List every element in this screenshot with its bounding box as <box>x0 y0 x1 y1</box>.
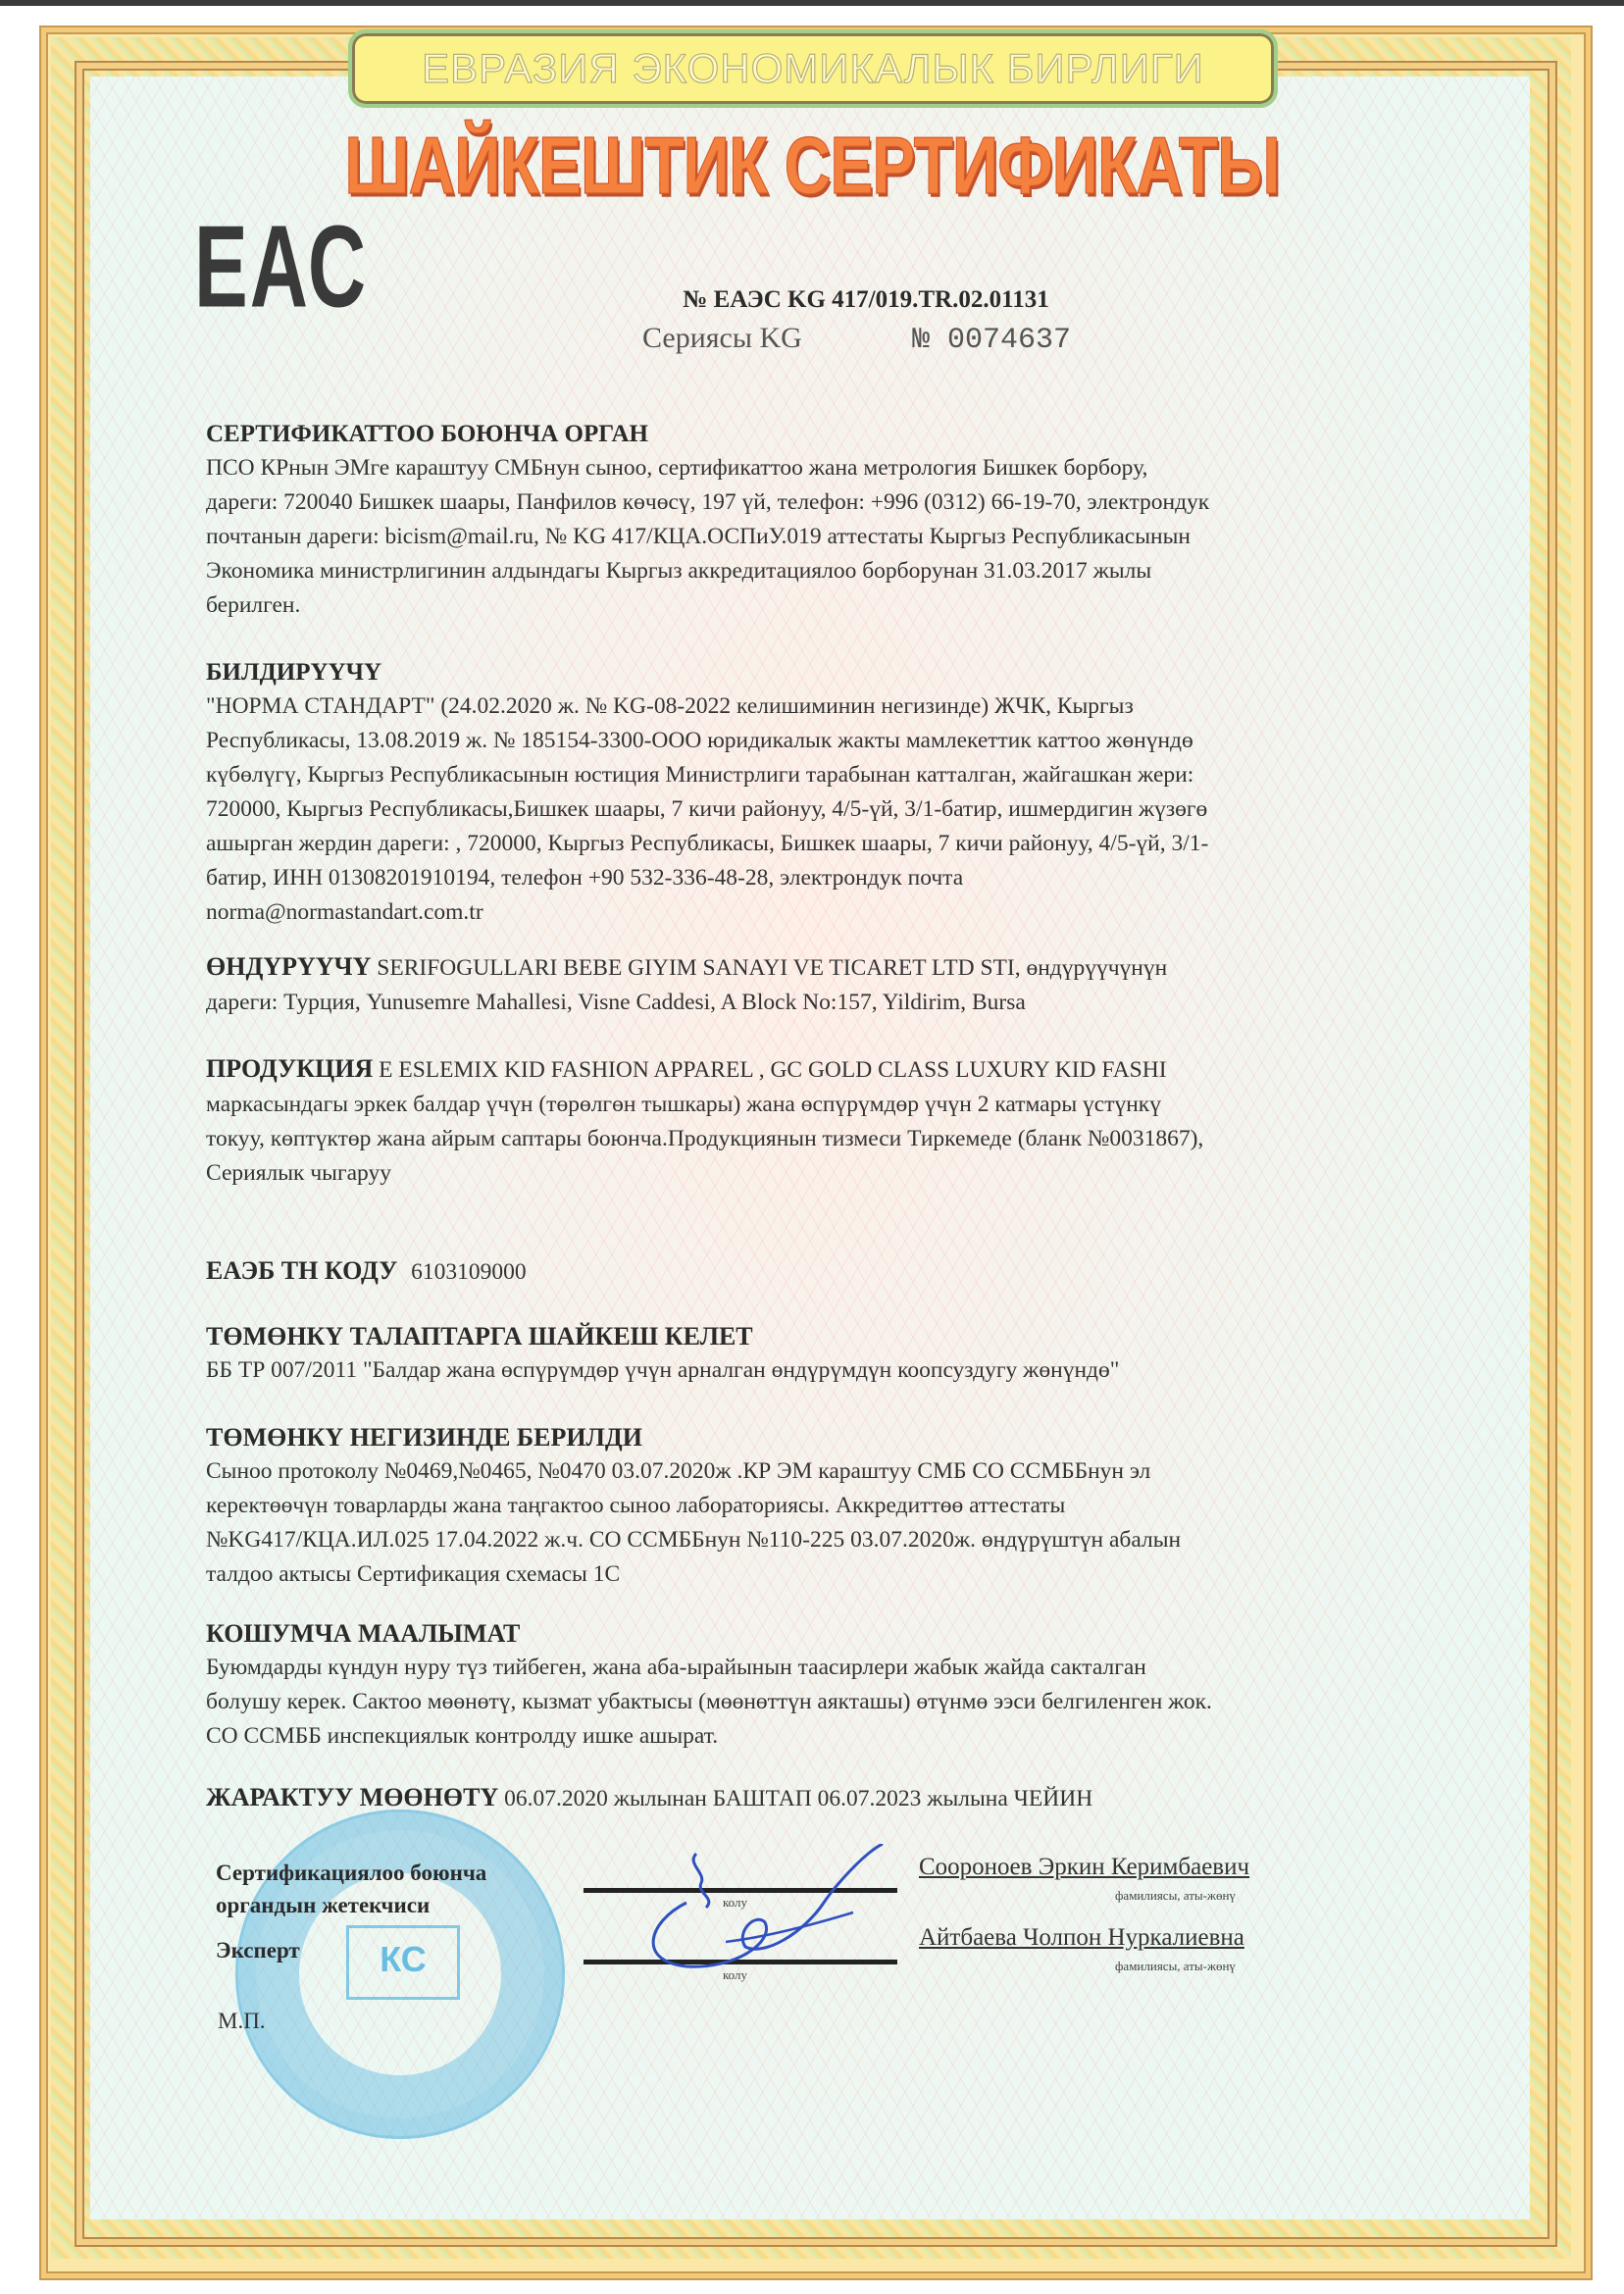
text-line: маркасындагы эркек балдар үчүн (төрөлгөн… <box>206 1088 1481 1122</box>
serial-number: № 0074637 <box>912 324 1071 357</box>
series-label: Сериясы KG <box>642 322 802 355</box>
section-heading: СЕРТИФИКАТТОО БОЮНЧА ОРГАН <box>206 417 1481 451</box>
section-certification-body: СЕРТИФИКАТТОО БОЮНЧА ОРГАН ПСО КРнын ЭМг… <box>206 417 1481 623</box>
eac-logo-icon: ЕАС <box>194 201 368 334</box>
section-heading: ПРОДУКЦИЯ <box>206 1054 373 1083</box>
text-line: SERIFOGULLARI BEBE GIYIM SANAYI VE TICAR… <box>371 955 1167 981</box>
head-label-line: Сертификациялоо боюнча <box>216 1857 486 1889</box>
handwritten-signature-icon <box>628 1844 902 1981</box>
name-caption: фамилиясы, аты-жөнү <box>1115 1959 1236 1974</box>
section-heading: ӨНДҮРҮҮЧҮ <box>206 952 371 981</box>
section-additional-info: КОШУМЧА МААЛЫМАТ Буюмдарды күндун нуру т… <box>206 1616 1481 1754</box>
expert-label: Эксперт <box>216 1934 300 1966</box>
text-line: токуу, көптүктөр жана айрым саптары боюн… <box>206 1122 1481 1156</box>
scan-edge <box>0 0 1624 6</box>
section-applicant: БИЛДИРҮҮЧҮ "НОРМА СТАНДАРТ" (24.02.2020 … <box>206 655 1481 930</box>
text-line: ПСО КРнын ЭМге караштуу СМБнун сыноо, се… <box>206 451 1481 485</box>
text-line: 720000, Кыргыз Республикасы,Бишкек шаары… <box>206 792 1481 827</box>
banner-text: ЕВРАЗИЯ ЭКОНОМИКАЛЫК БИРЛИГИ <box>422 45 1204 92</box>
text-line: №KG417/КЦА.ИЛ.025 17.04.2022 ж.ч. СО ССМ… <box>206 1523 1481 1557</box>
stamp-place-label: М.П. <box>218 2009 266 2034</box>
text-line: дареги: 720040 Бишкек шаары, Панфилов кө… <box>206 485 1481 520</box>
validity-period: 06.07.2020 жылынан БАШТАП 06.07.2023 жыл… <box>498 1786 1092 1811</box>
text-line: керектөөчүн товарларды жана таңгактоо сы… <box>206 1489 1481 1523</box>
text-line: берилген. <box>206 588 1481 623</box>
text-line: "НОРМА СТАНДАРТ" (24.02.2020 ж. № KG-08-… <box>206 689 1481 724</box>
section-heading: КОШУМЧА МААЛЫМАТ <box>206 1616 1481 1651</box>
section-manufacturer: ӨНДҮРҮҮЧҮ SERIFOGULLARI BEBE GIYIM SANAY… <box>206 949 1481 1020</box>
text-line: ашырган жердин дареги: , 720000, Кыргыз … <box>206 827 1481 861</box>
certificate-title: ШАЙКЕШТИК СЕРТИФИКАТЫ <box>0 119 1624 212</box>
text-line: талдоо актысы Сертификация схемасы 1С <box>206 1557 1481 1592</box>
text-line: Сыноо протоколу №0469,№0465, №0470 03.07… <box>206 1454 1481 1489</box>
section-tn-code: ЕАЭБ ТН КОДУ 6103109000 <box>206 1253 1481 1290</box>
section-heading: ЖАРАКТУУ МӨӨНӨТҮ <box>206 1783 498 1811</box>
section-basis: ТӨМӨНКҮ НЕГИЗИНДЕ БЕРИЛДИ Сыноо протокол… <box>206 1420 1481 1592</box>
text-line: күбөлүгү, Кыргыз Республикасынын юстиция… <box>206 758 1481 792</box>
section-heading: ТӨМӨНКҮ НЕГИЗИНДЕ БЕРИЛДИ <box>206 1420 1481 1454</box>
section-heading: ЕАЭБ ТН КОДУ <box>206 1256 397 1285</box>
section-product: ПРОДУКЦИЯ E ESLEMIX KID FASHION APPAREL … <box>206 1051 1481 1191</box>
section-conformity: ТӨМӨНКҮ ТАЛАПТАРГА ШАЙКЕШ КЕЛЕТ ББ ТР 00… <box>206 1319 1481 1388</box>
head-label: Сертификациялоо боюнча органдын жетекчис… <box>216 1857 486 1921</box>
text-line: E ESLEMIX KID FASHION APPAREL , GC GOLD … <box>373 1057 1166 1083</box>
seal-logo: КС <box>346 1925 460 2000</box>
certificate-number: № ЕАЭС KG 417/019.TR.02.01131 <box>0 286 1624 314</box>
text-line: СО ССМББ инспекциялык контролду ишке ашы… <box>206 1719 1481 1754</box>
expert-name: Айтбаева Чолпон Нуркалиевна <box>919 1924 1244 1952</box>
text-line: Экономика министрлигинин алдындагы Кыргы… <box>206 554 1481 588</box>
text-line: батир, ИНН 01308201910194, телефон +90 5… <box>206 861 1481 895</box>
section-heading: ТӨМӨНКҮ ТАЛАПТАРГА ШАЙКЕШ КЕЛЕТ <box>206 1319 1481 1353</box>
tn-code-value: 6103109000 <box>411 1259 527 1285</box>
text-line: ББ ТР 007/2011 "Балдар жана өспүрүмдөр ү… <box>206 1353 1481 1388</box>
text-line: Буюмдарды күндун нуру түз тийбеген, жана… <box>206 1651 1481 1685</box>
text-line: болушу керек. Сактоо мөөнөтү, кызмат уба… <box>206 1685 1481 1719</box>
text-line: Сериялык чыгаруу <box>206 1156 1481 1191</box>
section-heading: БИЛДИРҮҮЧҮ <box>206 655 1481 689</box>
head-label-line: органдын жетекчиси <box>216 1889 486 1921</box>
eurasian-union-banner: ЕВРАЗИЯ ЭКОНОМИКАЛЫК БИРЛИГИ <box>348 29 1278 108</box>
head-name: Сооронoев Эркин Керимбаевич <box>919 1854 1249 1881</box>
name-caption: фамилиясы, аты-жөнү <box>1115 1888 1236 1904</box>
text-line: norma@normastandart.com.tr <box>206 895 1481 930</box>
text-line: Республикасы, 13.08.2019 ж. № 185154-330… <box>206 724 1481 758</box>
text-line: дареги: Турция, Yunusemre Mahallesi, Vis… <box>206 986 1481 1020</box>
text-line: почтанын дареги: bicism@mail.ru, № KG 41… <box>206 520 1481 554</box>
